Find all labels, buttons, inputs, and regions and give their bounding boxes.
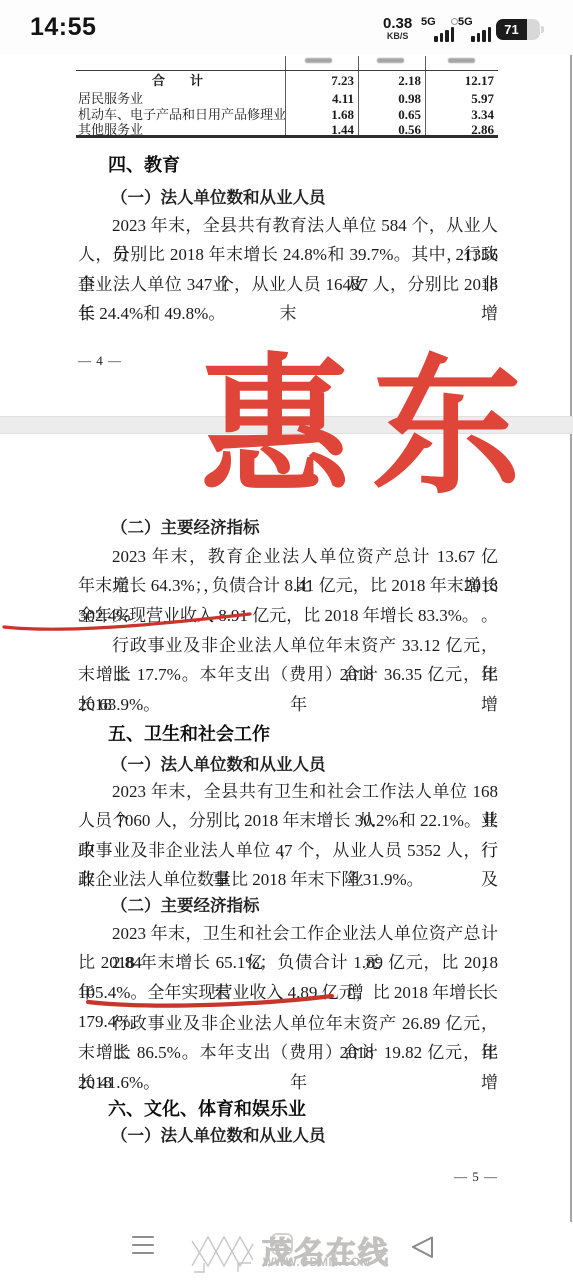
text-line: 2023 年末，卫生和社会工作企业法人单位资产总计 2.84 亿元， <box>78 919 498 948</box>
cell: 0.65 <box>358 107 425 123</box>
volte-dot-icon <box>451 18 458 25</box>
text-line: 末增长 17.7%。本年支出（费用）合计 36.35 亿元，比 2018 年增 <box>78 660 498 689</box>
text-line: 行政事业及非企业法人单位年末资产 33.12 亿元，比 2018 年 <box>78 631 498 660</box>
subheading-legal-units-3: （一）法人单位数和从业人员 <box>78 1122 498 1146</box>
network-speed-unit: KB/S <box>383 32 412 41</box>
section-heading-culture: 六、文化、体育和娱乐业 <box>78 1095 498 1121</box>
cell: 2.86 <box>425 122 498 138</box>
paragraph-education-admin: 行政事业及非企业法人单位年末资产 33.12 亿元，比 2018 年 末增长 1… <box>78 631 498 719</box>
text-line: 人员 7060 人，分别比 2018 年末增长 30.2%和 22.1%。其中，… <box>78 806 498 835</box>
text-line: 政事业及非企业法人单位 47 个，从业人员 5352 人，行政事业及 <box>78 836 498 865</box>
table-header-cut <box>448 58 475 63</box>
cell: 12.17 <box>425 73 498 89</box>
signal-bars-icon <box>471 27 491 42</box>
cell: 1.68 <box>285 107 358 123</box>
statistics-table: 合 计 7.23 2.18 12.17 居民服务业 4.11 0.98 5.97… <box>76 56 498 140</box>
page-watermark: 惠东 <box>200 352 544 502</box>
text-line: 行政事业及非企业法人单位年末资产 26.89 亿元，比 2018 年 <box>78 1009 498 1038</box>
subheading-economic-indicators-2: （二）主要经济指标 <box>78 892 498 916</box>
paragraph-education-units: 2023 年末，全县共有教育法人单位 584 个，从业人员 21356 人，分别… <box>78 211 498 329</box>
cell: 2.18 <box>358 73 425 89</box>
signal-strength-icon: 5G <box>458 16 492 42</box>
subheading-legal-units: （一）法人单位数和从业人员 <box>78 184 498 208</box>
cell: 7.23 <box>285 73 358 89</box>
text-line: 2023 年末，教育企业法人单位资产总计 13.67 亿元，比 2018 <box>78 542 498 571</box>
cell: 0.98 <box>358 91 425 107</box>
cell: 0.56 <box>358 122 425 138</box>
text-line: 年末增长 64.3%；负债合计 8.41 亿元，比 2018 年末增长 302.… <box>78 571 498 600</box>
table-row: 其他服务业 1.44 0.56 2.86 <box>76 122 498 138</box>
row-label: 合 计 <box>76 73 285 89</box>
battery-remainder <box>527 19 540 40</box>
text-line: 2023 年末，全县共有教育法人单位 584 个，从业人员 21356 <box>78 211 498 240</box>
battery-icon: 71 <box>496 19 540 40</box>
text-line: 末增长 86.5%。本年支出（费用）合计 19.82 亿元，比 2018 年增 <box>78 1038 498 1067</box>
row-label: 机动车、电子产品和日用产品修理业 <box>76 107 285 123</box>
row-label: 居民服务业 <box>76 91 285 107</box>
site-watermark-url: WWW.GDMM.COM <box>263 1257 371 1269</box>
table-rule <box>76 70 498 71</box>
back-icon[interactable] <box>410 1236 436 1259</box>
page-edge-line <box>570 55 572 1280</box>
phone-screen: 14:55 0.38 KB/S 5G 5G 71 <box>0 0 573 1280</box>
table-header-cut <box>377 58 404 63</box>
table-row: 合 计 7.23 2.18 12.17 <box>76 73 498 89</box>
subheading-economic-indicators: （二）主要经济指标 <box>78 514 498 538</box>
text-line: 比 2018 年末增长 65.1%；负债合计 1.89 亿元，比 2018 年末… <box>78 948 498 977</box>
row-label: 其他服务业 <box>76 122 285 138</box>
paragraph-health-admin: 行政事业及非企业法人单位年末资产 26.89 亿元，比 2018 年 末增长 8… <box>78 1009 498 1097</box>
text-line: 人，分别比 2018 年末增长 24.8%和 39.7%。其中，行政事业及非 <box>78 240 498 269</box>
cell: 4.11 <box>285 91 358 107</box>
table-row: 机动车、电子产品和日用产品修理业 1.68 0.65 3.34 <box>76 107 498 123</box>
section-heading-education: 四、教育 <box>78 151 498 177</box>
network-speed-value: 0.38 <box>383 16 412 31</box>
cell: 3.34 <box>425 107 498 123</box>
clock: 14:55 <box>30 13 96 42</box>
status-bar: 14:55 0.38 KB/S 5G 5G 71 <box>0 0 573 55</box>
table-header-cut <box>305 58 332 63</box>
signal-strength-icon: 5G <box>421 16 455 42</box>
network-speed: 0.38 KB/S <box>383 16 412 41</box>
section-heading-health: 五、卫生和社会工作 <box>78 720 498 746</box>
cell: 5.97 <box>425 91 498 107</box>
page-number-4: — 4 — <box>78 353 122 369</box>
cell: 1.44 <box>285 122 358 138</box>
paragraph-health-units: 2023 年末，全县共有卫生和社会工作法人单位 168 个，从业 人员 7060… <box>78 777 498 895</box>
signal-bars-icon <box>434 27 454 42</box>
site-logo-icon <box>190 1232 256 1274</box>
subheading-legal-units-2: （一）法人单位数和从业人员 <box>78 751 498 775</box>
text-line: 2023 年末，全县共有卫生和社会工作法人单位 168 个，从业 <box>78 777 498 806</box>
page-number-5: — 5 — <box>78 1169 498 1185</box>
battery-cap-icon <box>541 26 544 33</box>
menu-icon[interactable] <box>132 1236 154 1255</box>
table-row: 居民服务业 4.11 0.98 5.97 <box>76 91 498 107</box>
battery-percent: 71 <box>496 19 527 40</box>
text-line: 企业法人单位 347 个，从业人员 16487 人，分别比 2018 年末增 <box>78 270 498 299</box>
